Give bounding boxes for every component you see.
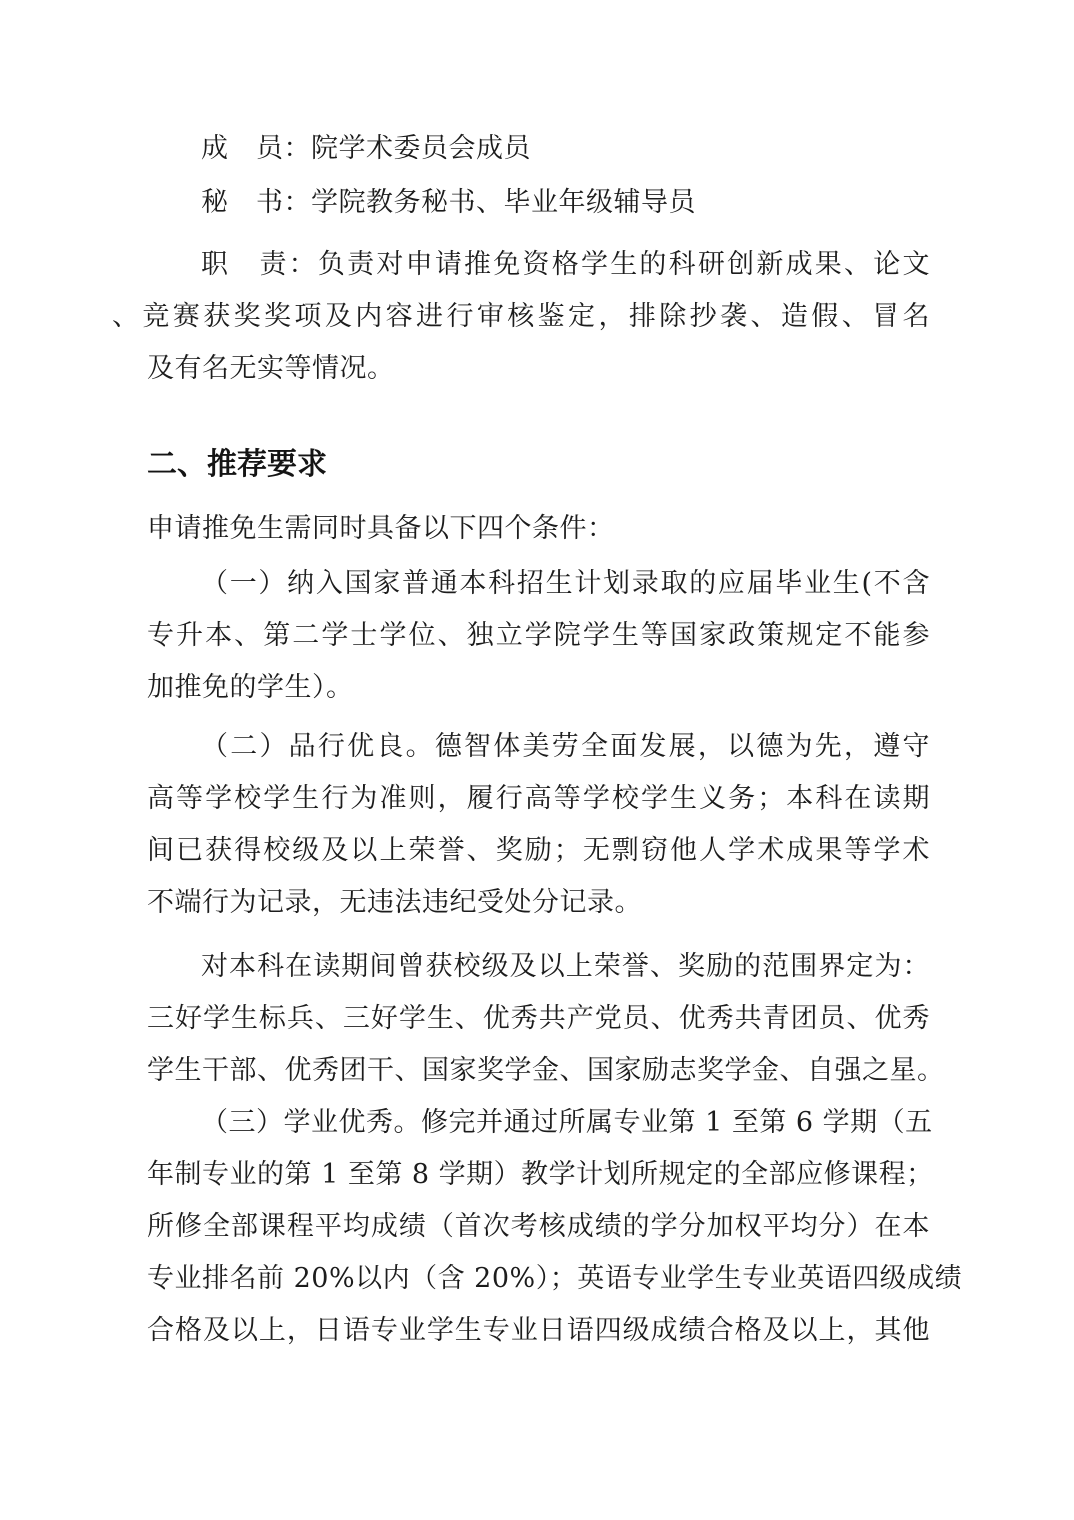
condition-3-line-1: （三）学业优秀。修完并通过所属专业第 1 至第 6 学期（五 [147, 1097, 930, 1149]
section-intro-line: 申请推免生需同时具备以下四个条件： [147, 503, 930, 555]
condition-2-line-4: 不端行为记录，无违法违纪受处分记录。 [147, 877, 930, 929]
condition-3-line-5: 合格及以上，日语专业学生专业日语四级成绩合格及以上，其他 [147, 1305, 930, 1357]
condition-2-line-2: 高等学校学生行为准则，履行高等学校学生义务；本科在读期 [147, 773, 930, 825]
committee-duty-line-2: 、竞赛获奖奖项及内容进行审核鉴定，排除抄袭、造假、冒名 [112, 291, 930, 343]
committee-member-line: 成 员：院学术委员会成员 [147, 123, 930, 175]
honor-scope-line-2: 三好学生标兵、三好学生、优秀共产党员、优秀共青团员、优秀 [147, 993, 930, 1045]
condition-2-line-1: （二）品行优良。德智体美劳全面发展，以德为先，遵守 [147, 721, 930, 773]
condition-1-line-3: 加推免的学生）。 [147, 662, 930, 714]
document-body: 成 员：院学术委员会成员 秘 书：学院教务秘书、毕业年级辅导员 职 责：负责对申… [0, 0, 1074, 1357]
condition-3-line-4: 专业排名前 20%以内（含 20%）；英语专业学生专业英语四级成绩 [147, 1253, 930, 1305]
condition-3-line-2: 年制专业的第 1 至第 8 学期）教学计划所规定的全部应修课程； [147, 1149, 930, 1201]
committee-secretary-line: 秘 书：学院教务秘书、毕业年级辅导员 [147, 177, 930, 229]
condition-2-line-3: 间已获得校级及以上荣誉、奖励；无剽窃他人学术成果等学术 [147, 825, 930, 877]
condition-3-line-3: 所修全部课程平均成绩（首次考核成绩的学分加权平均分）在本 [147, 1201, 930, 1253]
document-page: 成 员：院学术委员会成员 秘 书：学院教务秘书、毕业年级辅导员 职 责：负责对申… [0, 0, 1074, 1520]
condition-1-line-2: 专升本、第二学士学位、独立学院学生等国家政策规定不能参 [147, 610, 930, 662]
committee-duty-line-3: 及有名无实等情况。 [147, 343, 930, 395]
honor-scope-line-1: 对本科在读期间曾获校级及以上荣誉、奖励的范围界定为： [147, 941, 930, 993]
committee-duty-line-1: 职 责：负责对申请推免资格学生的科研创新成果、论文 [147, 239, 930, 291]
condition-1-line-1: （一）纳入国家普通本科招生计划录取的应届毕业生(不含 [147, 558, 930, 610]
honor-scope-line-3: 学生干部、优秀团干、国家奖学金、国家励志奖学金、自强之星。 [147, 1045, 930, 1097]
section-heading: 二、推荐要求 [147, 439, 930, 491]
